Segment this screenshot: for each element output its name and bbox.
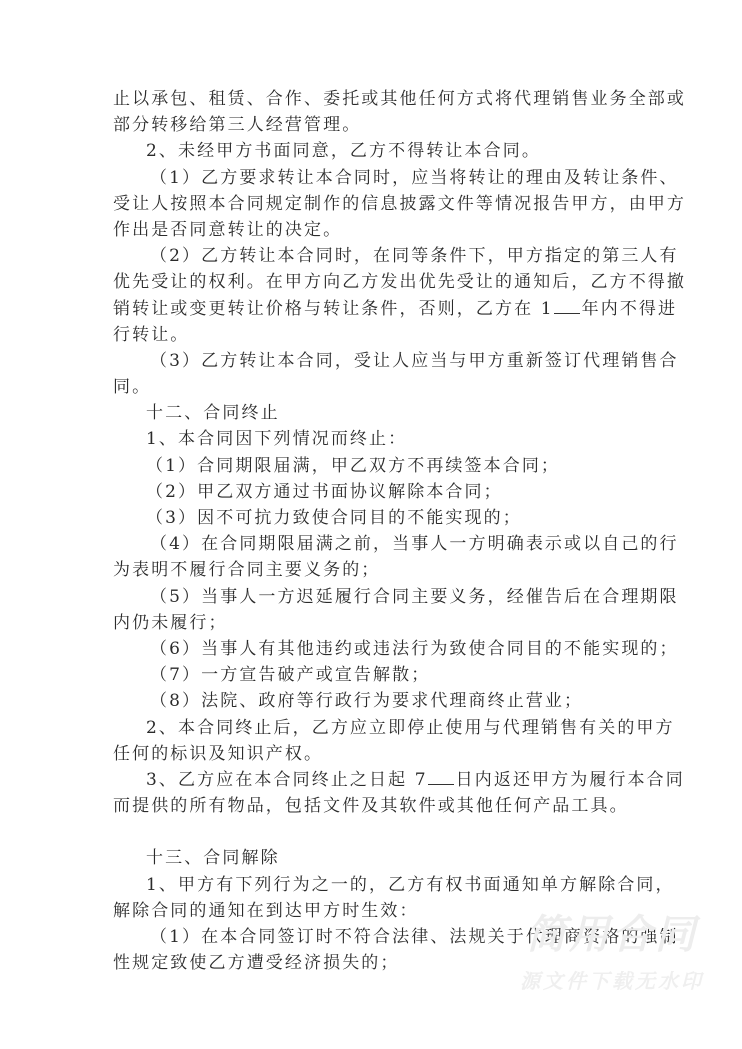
text-line: （2）乙方转让本合同时，在同等条件下，甲方指定的第三人有 [113,243,633,269]
text-segment: 年内不得进 [582,299,678,319]
text-segment: 日内返还甲方为履行本合同 [456,770,685,790]
text-line: （1）在本合同签订时不符合法律、法规关于代理商资格的强制 [113,924,633,950]
text-line: 内仍未履行； [113,610,633,636]
fill-in-blank [554,299,580,314]
text-line: 性规定致使乙方遭受经济损失的； [113,950,633,976]
text-line: （7）一方宣告破产或宣告解散； [113,662,633,688]
document-page: 止以承包、租赁、合作、委托或其他任何方式将代理销售业务全部或 部分转移给第三人经… [0,0,742,1049]
text-line: （3）因不可抗力致使合同目的不能实现的； [113,505,633,531]
document-body: 止以承包、租赁、合作、委托或其他任何方式将代理销售业务全部或 部分转移给第三人经… [113,86,633,976]
text-line: 行转让。 [113,322,633,348]
text-line: （6）当事人有其他违约或违法行为致使合同目的不能实现的； [113,636,633,662]
text-line: 优先受让的权利。在甲方向乙方发出优先受让的通知后，乙方不得撤 [113,269,633,295]
text-line: （2）甲乙双方通过书面协议解除本合同； [113,479,633,505]
text-line: 止以承包、租赁、合作、委托或其他任何方式将代理销售业务全部或 [113,86,633,112]
text-line: （4）在合同期限届满之前，当事人一方明确表示或以自己的行 [113,531,633,557]
text-segment: 3、乙方应在本合同终止之日起 7 [146,770,428,790]
text-line: 同。 [113,374,633,400]
text-line: 部分转移给第三人经营管理。 [113,112,633,138]
text-line-with-blank: 销转让或变更转让价格与转让条件，否则，乙方在 1年内不得进 [113,296,633,322]
text-line: （1）乙方要求转让本合同时，应当将转让的理由及转让条件、 [113,165,633,191]
text-segment: 销转让或变更转让价格与转让条件，否则，乙方在 1 [113,299,554,319]
text-line: 解除合同的通知在到达甲方时生效： [113,898,633,924]
section-heading-12: 十二、合同终止 [113,400,633,426]
text-line: （8）法院、政府等行政行为要求代理商终止营业； [113,688,633,714]
text-line: 为表明不履行合同主要义务的； [113,557,633,583]
text-line: 1、甲方有下列行为之一的，乙方有权书面通知单方解除合同， [113,872,633,898]
fill-in-blank [428,770,454,785]
text-line-with-blank: 3、乙方应在本合同终止之日起 7日内返还甲方为履行本合同 [113,767,633,793]
text-line: （1）合同期限届满，甲乙双方不再续签本合同； [113,453,633,479]
text-line: 作出是否同意转让的决定。 [113,217,633,243]
text-line: 任何的标识及知识产权。 [113,741,633,767]
text-line: 2、本合同终止后，乙方应立即停止使用与代理销售有关的甲方 [113,715,633,741]
text-line: （5）当事人一方迟延履行合同主要义务，经催告后在合理期限 [113,584,633,610]
text-line: 1、本合同因下列情况而终止： [113,426,633,452]
blank-line [113,819,633,845]
text-line: 受让人按照本合同规定制作的信息披露文件等情况报告甲方，由甲方 [113,191,633,217]
text-line: 而提供的所有物品，包括文件及其软件或其他任何产品工具。 [113,793,633,819]
clause-2-heading: 2、未经甲方书面同意，乙方不得转让本合同。 [113,138,633,164]
section-heading-13: 十三、合同解除 [113,845,633,871]
text-line: （3）乙方转让本合同，受让人应当与甲方重新签订代理销售合 [113,348,633,374]
